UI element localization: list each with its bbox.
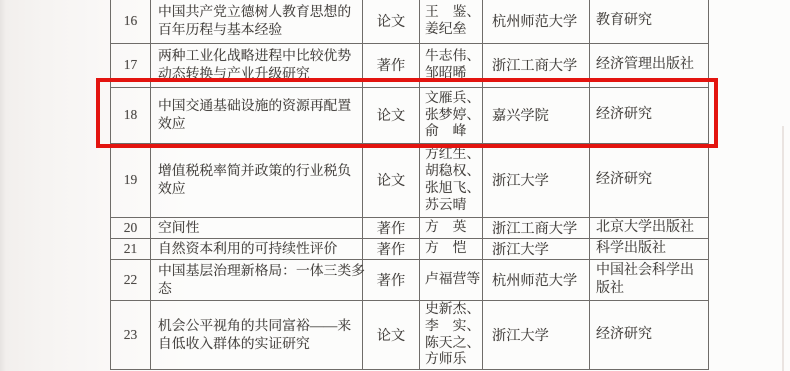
work-institution: 浙江大学: [483, 300, 590, 369]
table-row-19: 19 增值税税率简并政策的行业税负 效应 论文 方红生、 胡稳权、 张旭飞、 苏…: [111, 143, 709, 217]
work-venue: 科学出版社: [590, 238, 709, 259]
page-edge-scan-artifact: [782, 126, 784, 371]
work-type: 论文: [363, 87, 420, 143]
table-row-16: 16 中国共产党立德树人教育思想的 百年历程与基本经验 论文 王 鉴、 姜纪垒 …: [111, 0, 709, 43]
work-type: 著作: [363, 259, 420, 300]
work-venue: 经济研究: [590, 300, 709, 369]
work-authors: 牛志伟、 邹昭晞: [420, 43, 483, 87]
row-index: 23: [111, 300, 151, 369]
work-venue: 北京大学出版社: [590, 217, 709, 238]
work-authors: 卢福营等: [420, 259, 483, 300]
row-index: 16: [111, 0, 151, 43]
work-type: 著作: [363, 217, 420, 238]
table-row-18-highlighted: 18 中国交通基础设施的资源再配置 效应 论文 文雁兵、 张梦婷、 俞 峰 嘉兴…: [111, 87, 709, 143]
work-title: 自然资本利用的可持续性评价: [151, 238, 363, 259]
work-institution: 浙江工商大学: [483, 43, 590, 87]
work-venue: 中国社会科学出 版社: [590, 259, 709, 300]
work-authors: 史新杰、 李 实、 陈天之、 方师乐: [420, 300, 483, 369]
table-row-17: 17 两种工业化战略进程中比较优势 动态转换与产业升级研究 著作 牛志伟、 邹昭…: [111, 43, 709, 87]
scanned-document-page: 16 中国共产党立德树人教育思想的 百年历程与基本经验 论文 王 鉴、 姜纪垒 …: [0, 0, 790, 371]
table-row-20: 20 空间性 著作 方 英 浙江工商大学 北京大学出版社: [111, 217, 709, 238]
work-venue: 经济研究: [590, 87, 709, 143]
row-index: 18: [111, 87, 151, 143]
work-institution: 杭州师范大学: [483, 259, 590, 300]
row-index: 22: [111, 259, 151, 300]
work-title: 中国基层治理新格局：一体三类多 态: [151, 259, 363, 300]
work-venue: 经济研究: [590, 143, 709, 217]
work-type: 论文: [363, 300, 420, 369]
work-institution: 浙江工商大学: [483, 217, 590, 238]
table-row-21: 21 自然资本利用的可持续性评价 著作 方 恺 浙江大学 科学出版社: [111, 238, 709, 259]
work-authors: 方 恺: [420, 238, 483, 259]
work-title: 增值税税率简并政策的行业税负 效应: [151, 143, 363, 217]
work-title: 两种工业化战略进程中比较优势 动态转换与产业升级研究: [151, 43, 363, 87]
work-institution: 浙江大学: [483, 143, 590, 217]
work-venue: 经济管理出版社: [590, 43, 709, 87]
work-authors: 方 英: [420, 217, 483, 238]
table-row-22: 22 中国基层治理新格局：一体三类多 态 著作 卢福营等 杭州师范大学 中国社会…: [111, 259, 709, 300]
work-institution: 浙江大学: [483, 238, 590, 259]
work-institution: 嘉兴学院: [483, 87, 590, 143]
work-title: 中国共产党立德树人教育思想的 百年历程与基本经验: [151, 0, 363, 43]
work-type: 著作: [363, 43, 420, 87]
work-title: 机会公平视角的共同富裕——来 自低收入群体的实证研究: [151, 300, 363, 369]
row-index: 17: [111, 43, 151, 87]
work-title: 空间性: [151, 217, 363, 238]
work-authors: 方红生、 胡稳权、 张旭飞、 苏云晴: [420, 143, 483, 217]
work-authors: 王 鉴、 姜纪垒: [420, 0, 483, 43]
work-title: 中国交通基础设施的资源再配置 效应: [151, 87, 363, 143]
work-type: 论文: [363, 0, 420, 43]
work-institution: 杭州师范大学: [483, 0, 590, 43]
row-index: 21: [111, 238, 151, 259]
work-type: 论文: [363, 143, 420, 217]
table-row-23: 23 机会公平视角的共同富裕——来 自低收入群体的实证研究 论文 史新杰、 李 …: [111, 300, 709, 369]
work-type: 著作: [363, 238, 420, 259]
work-authors: 文雁兵、 张梦婷、 俞 峰: [420, 87, 483, 143]
row-index: 20: [111, 217, 151, 238]
row-index: 19: [111, 143, 151, 217]
publications-table: 16 中国共产党立德树人教育思想的 百年历程与基本经验 论文 王 鉴、 姜纪垒 …: [110, 0, 709, 370]
work-venue: 教育研究: [590, 0, 709, 43]
